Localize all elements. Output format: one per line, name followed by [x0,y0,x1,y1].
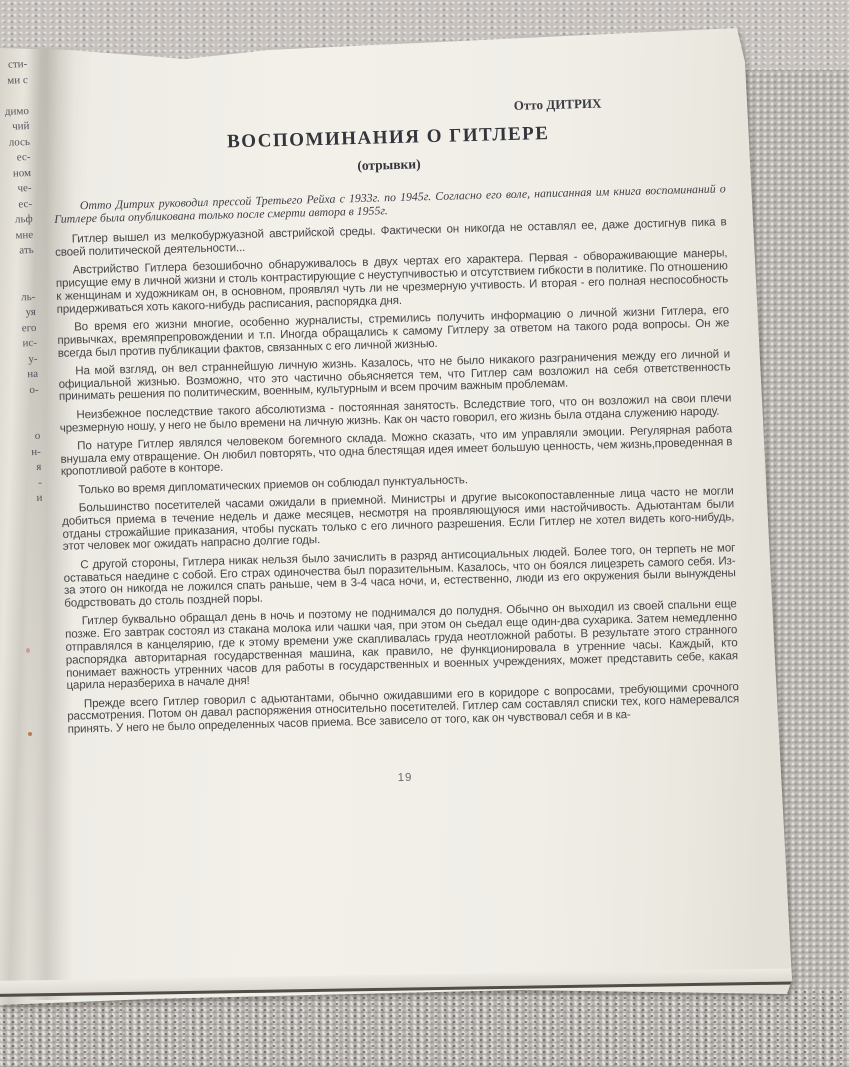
paper-speck [26,648,30,653]
article-body: Гитлер вышел из мелкобуржуазной австрийс… [55,217,740,737]
paper-speck [28,732,32,736]
page-number: 19 [69,763,741,793]
page-stack-edge [0,968,794,997]
book-right-page: сти- ми с димо чий лось ес- ном че- [0,0,849,1067]
body-paragraph: Гитлер буквально обращал день в ночь и п… [65,599,739,693]
left-page-text-fragment: ми с [1,72,32,89]
page-content: Отто ДИТРИХ ВОСПОМИНАНИЯ О ГИТЛЕРЕ (отры… [50,38,741,792]
book: сти- ми с димо чий лось ес- ном че- [0,0,849,1067]
photo-of-open-book: сти- ми с димо чий лось ес- ном че- [0,0,849,1067]
left-page-text-fragment: сти- [0,57,31,74]
